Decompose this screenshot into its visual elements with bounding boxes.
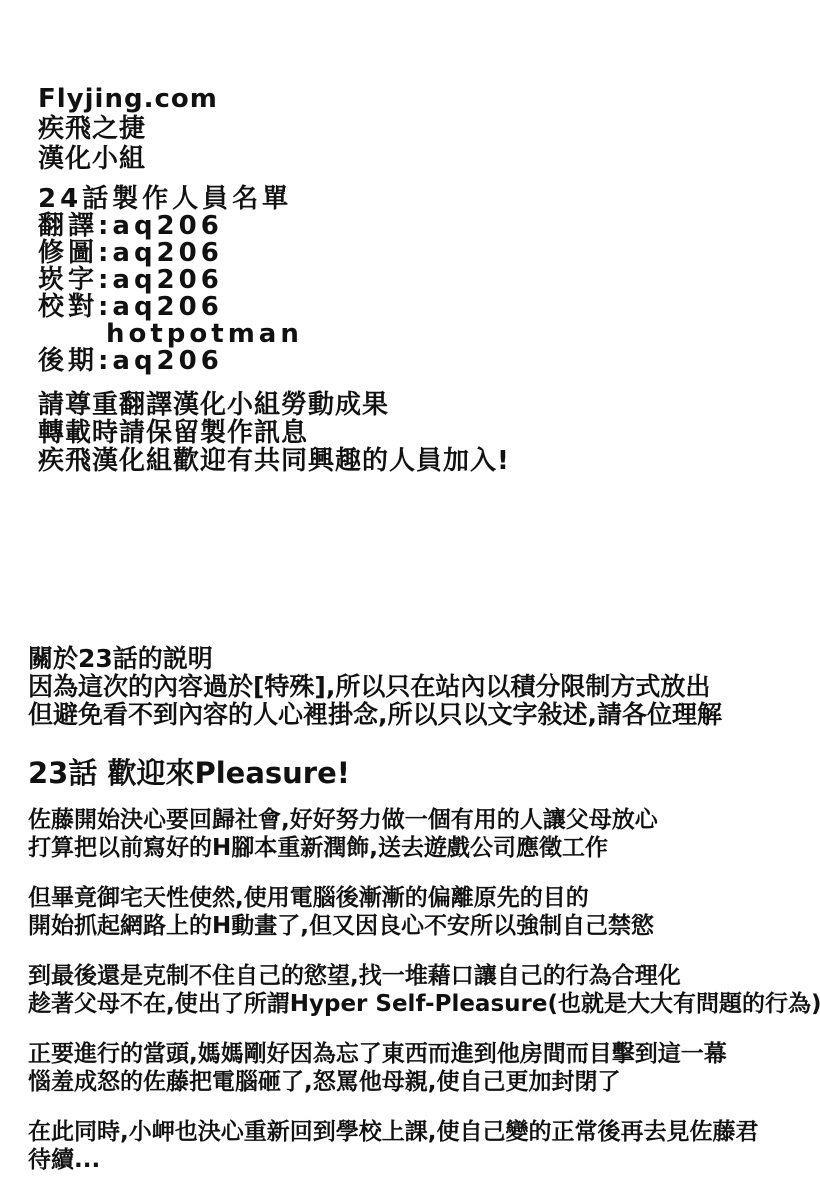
chapter-23-heading: 23話 歡迎來Pleasure!: [28, 757, 820, 789]
credit-line-typesetting: 崁字:aq206: [38, 267, 820, 294]
credit-line-proofreading: 校對:aq206: [38, 294, 820, 321]
story-line: 正要進行的當頭,媽媽剛好因為忘了東西而進到他房間而目擊到這一幕: [28, 1040, 820, 1068]
story-paragraph-2: 但畢竟御宅天性使然,使用電腦後漸漸的偏離原先的目的 開始抓起網路上的H動畫了,但…: [28, 884, 820, 940]
credit-line-post-production: 後期:aq206: [38, 348, 820, 375]
story-line: 開始抓起網路上的H動畫了,但又因良心不安所以強制自己禁慾: [28, 912, 820, 940]
credit-line-image-editing: 修圖:aq206: [38, 240, 820, 267]
story-paragraph-1: 佐藤開始決心要回歸社會,好好努力做一個有用的人讓父母放心 打算把以前寫好的H腳本…: [28, 806, 820, 862]
story-line: 惱羞成怒的佐藤把電腦砸了,怒罵他母親,使自己更加封閉了: [28, 1068, 820, 1096]
group-name-line-2: 漢化小組: [38, 144, 820, 174]
group-name-line-1: 疾飛之捷: [38, 114, 820, 144]
explanation-line-3: 但避免看不到內容的人心裡掛念,所以只以文字敍述,請各位理解: [28, 701, 820, 729]
story-paragraph-5: 在此同時,小岬也決心重新回到學校上課,使自己變的正常後再去見佐藤君 待續...: [28, 1118, 820, 1174]
credit-line-translation: 翻譯:aq206: [38, 213, 820, 240]
notice-line-2: 轉載時請保留製作訊息: [38, 419, 820, 447]
chapter-23-explanation: 關於23話的説明 因為這次的內容過於[特殊],所以只在站內以積分限制方式放出 但…: [28, 645, 820, 729]
reprint-notice: 請尊重翻譯漢化小組勞動成果 轉載時請保留製作訊息 疾飛漢化組歡迎有共同興趣的人員…: [38, 391, 820, 475]
explanation-line-2: 因為這次的內容過於[特殊],所以只在站內以積分限制方式放出: [28, 673, 820, 701]
story-line: 趁著父母不在,使出了所謂Hyper Self-Pleasure(也就是大大有問題…: [28, 990, 820, 1018]
credit-line-proofreading-2: hotpotman: [38, 321, 820, 348]
credits-title: 24話製作人員名單: [38, 186, 820, 213]
scanlation-credits-page: Flyjing.com 疾飛之捷 漢化小組 24話製作人員名單 翻譯:aq206…: [0, 0, 820, 1200]
group-header: Flyjing.com 疾飛之捷 漢化小組: [38, 84, 820, 174]
story-line: 打算把以前寫好的H腳本重新潤飾,送去遊戲公司應徵工作: [28, 834, 820, 862]
staff-credits: 24話製作人員名單 翻譯:aq206 修圖:aq206 崁字:aq206 校對:…: [38, 186, 820, 375]
site-name: Flyjing.com: [38, 84, 820, 114]
notice-line-1: 請尊重翻譯漢化小組勞動成果: [38, 391, 820, 419]
story-line: 佐藤開始決心要回歸社會,好好努力做一個有用的人讓父母放心: [28, 806, 820, 834]
notice-line-3: 疾飛漢化組歡迎有共同興趣的人員加入!: [38, 447, 820, 475]
story-line: 在此同時,小岬也決心重新回到學校上課,使自己變的正常後再去見佐藤君: [28, 1118, 820, 1146]
story-paragraph-4: 正要進行的當頭,媽媽剛好因為忘了東西而進到他房間而目擊到這一幕 惱羞成怒的佐藤把…: [28, 1040, 820, 1096]
story-line-to-be-continued: 待續...: [28, 1146, 820, 1174]
story-line: 但畢竟御宅天性使然,使用電腦後漸漸的偏離原先的目的: [28, 884, 820, 912]
story-line: 到最後還是克制不住自己的慾望,找一堆藉口讓自己的行為合理化: [28, 962, 820, 990]
story-paragraph-3: 到最後還是克制不住自己的慾望,找一堆藉口讓自己的行為合理化 趁著父母不在,使出了…: [28, 962, 820, 1018]
explanation-line-1: 關於23話的説明: [28, 645, 820, 673]
